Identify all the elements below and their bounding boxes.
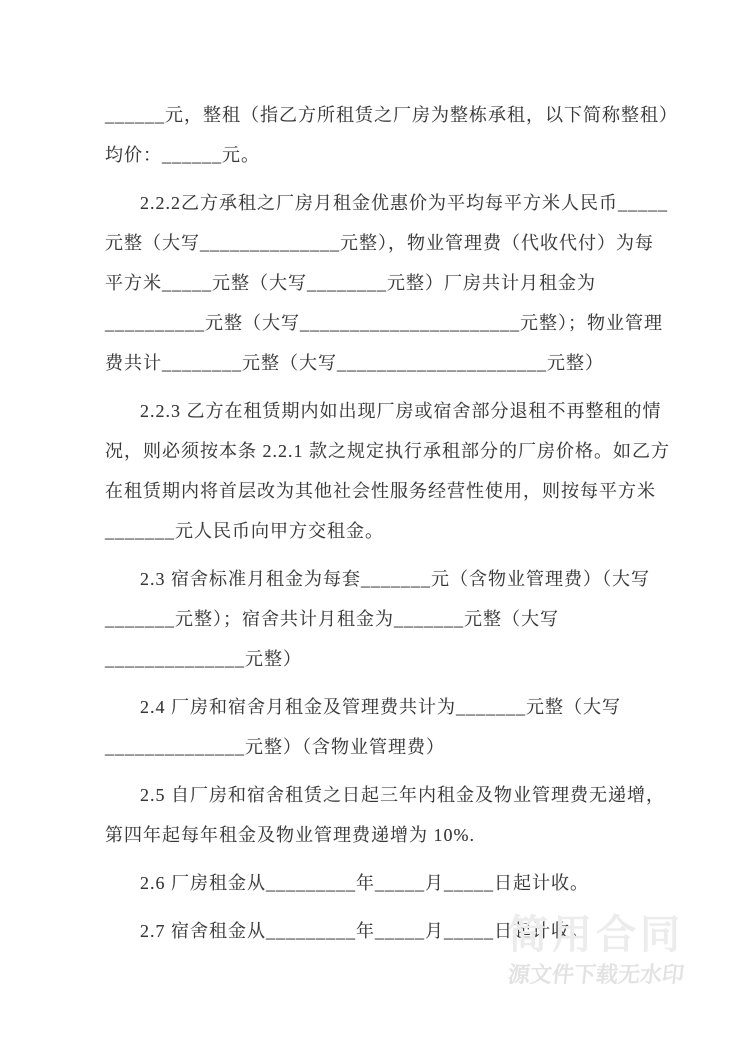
text-line: 元整（大写______________元整），物业管理费（代收代付）为每 [105, 223, 642, 263]
text-line: 2.2.3 乙方在租赁期内如出现厂房或宿舍部分退租不再整租的情 [105, 391, 642, 431]
paragraph-clause-2-2-3: 2.2.3 乙方在租赁期内如出现厂房或宿舍部分退租不再整租的情 况，则必须按本条… [105, 391, 642, 551]
text-line: 况，则必须按本条 2.2.1 款之规定执行承租部分的厂房价格。如乙方 [105, 431, 642, 471]
contract-body: ______元，整租（指乙方所租赁之厂房为整栋承租，以下简称整租） 均价：___… [105, 95, 642, 959]
paragraph-clause-2-2-2: 2.2.2乙方承租之厂房月租金优惠价为平均每平方米人民币_____ 元整（大写_… [105, 183, 642, 383]
text-line: 2.7 宿舍租金从_________年_____月_____日起计收。 [105, 911, 642, 951]
text-line: 费共计________元整（大写_____________________元整） [105, 343, 642, 383]
text-line: 在租赁期内将首层改为其他社会性服务经营性使用，则按每平方米 [105, 471, 642, 511]
text-line: 平方米_____元整（大写________元整）厂房共计月租金为 [105, 263, 642, 303]
text-line: 2.6 厂房租金从_________年_____月_____日起计收。 [105, 863, 642, 903]
text-line: 均价：______元。 [105, 135, 642, 175]
paragraph-clause-2-3: 2.3 宿舍标准月租金为每套_______元（含物业管理费）（大写 ______… [105, 559, 642, 679]
text-line: _______元整）；宿舍共计月租金为_______元整（大写 [105, 599, 642, 639]
paragraph-clause-2-4: 2.4 厂房和宿舍月租金及管理费共计为_______元整（大写 ________… [105, 687, 642, 767]
text-line: ______元，整租（指乙方所租赁之厂房为整栋承租，以下简称整租） [105, 95, 642, 135]
paragraph-clause-2-7: 2.7 宿舍租金从_________年_____月_____日起计收。 [105, 911, 642, 951]
text-line: ______________元整） [105, 639, 642, 679]
paragraph-clause-2-5: 2.5 自厂房和宿舍租赁之日起三年内租金及物业管理费无递增， 第四年起每年租金及… [105, 775, 642, 855]
text-line: __________元整（大写______________________元整）… [105, 303, 642, 343]
text-line: 2.5 自厂房和宿舍租赁之日起三年内租金及物业管理费无递增， [105, 775, 642, 815]
paragraph-clause-2-6: 2.6 厂房租金从_________年_____月_____日起计收。 [105, 863, 642, 903]
watermark-tagline: 源文件下载无水印 [507, 962, 686, 988]
text-line: 2.2.2乙方承租之厂房月租金优惠价为平均每平方米人民币_____ [105, 183, 642, 223]
text-line: 2.4 厂房和宿舍月租金及管理费共计为_______元整（大写 [105, 687, 642, 727]
text-line: ______________元整）（含物业管理费） [105, 727, 642, 767]
text-line: 2.3 宿舍标准月租金为每套_______元（含物业管理费）（大写 [105, 559, 642, 599]
document-page: ______元，整租（指乙方所租赁之厂房为整栋承租，以下简称整租） 均价：___… [0, 0, 742, 1049]
text-line: 第四年起每年租金及物业管理费递增为 10%. [105, 815, 642, 855]
text-line: _______元人民币向甲方交租金。 [105, 511, 642, 551]
paragraph-clause-2-2-1-continuation: ______元，整租（指乙方所租赁之厂房为整栋承租，以下简称整租） 均价：___… [105, 95, 642, 175]
